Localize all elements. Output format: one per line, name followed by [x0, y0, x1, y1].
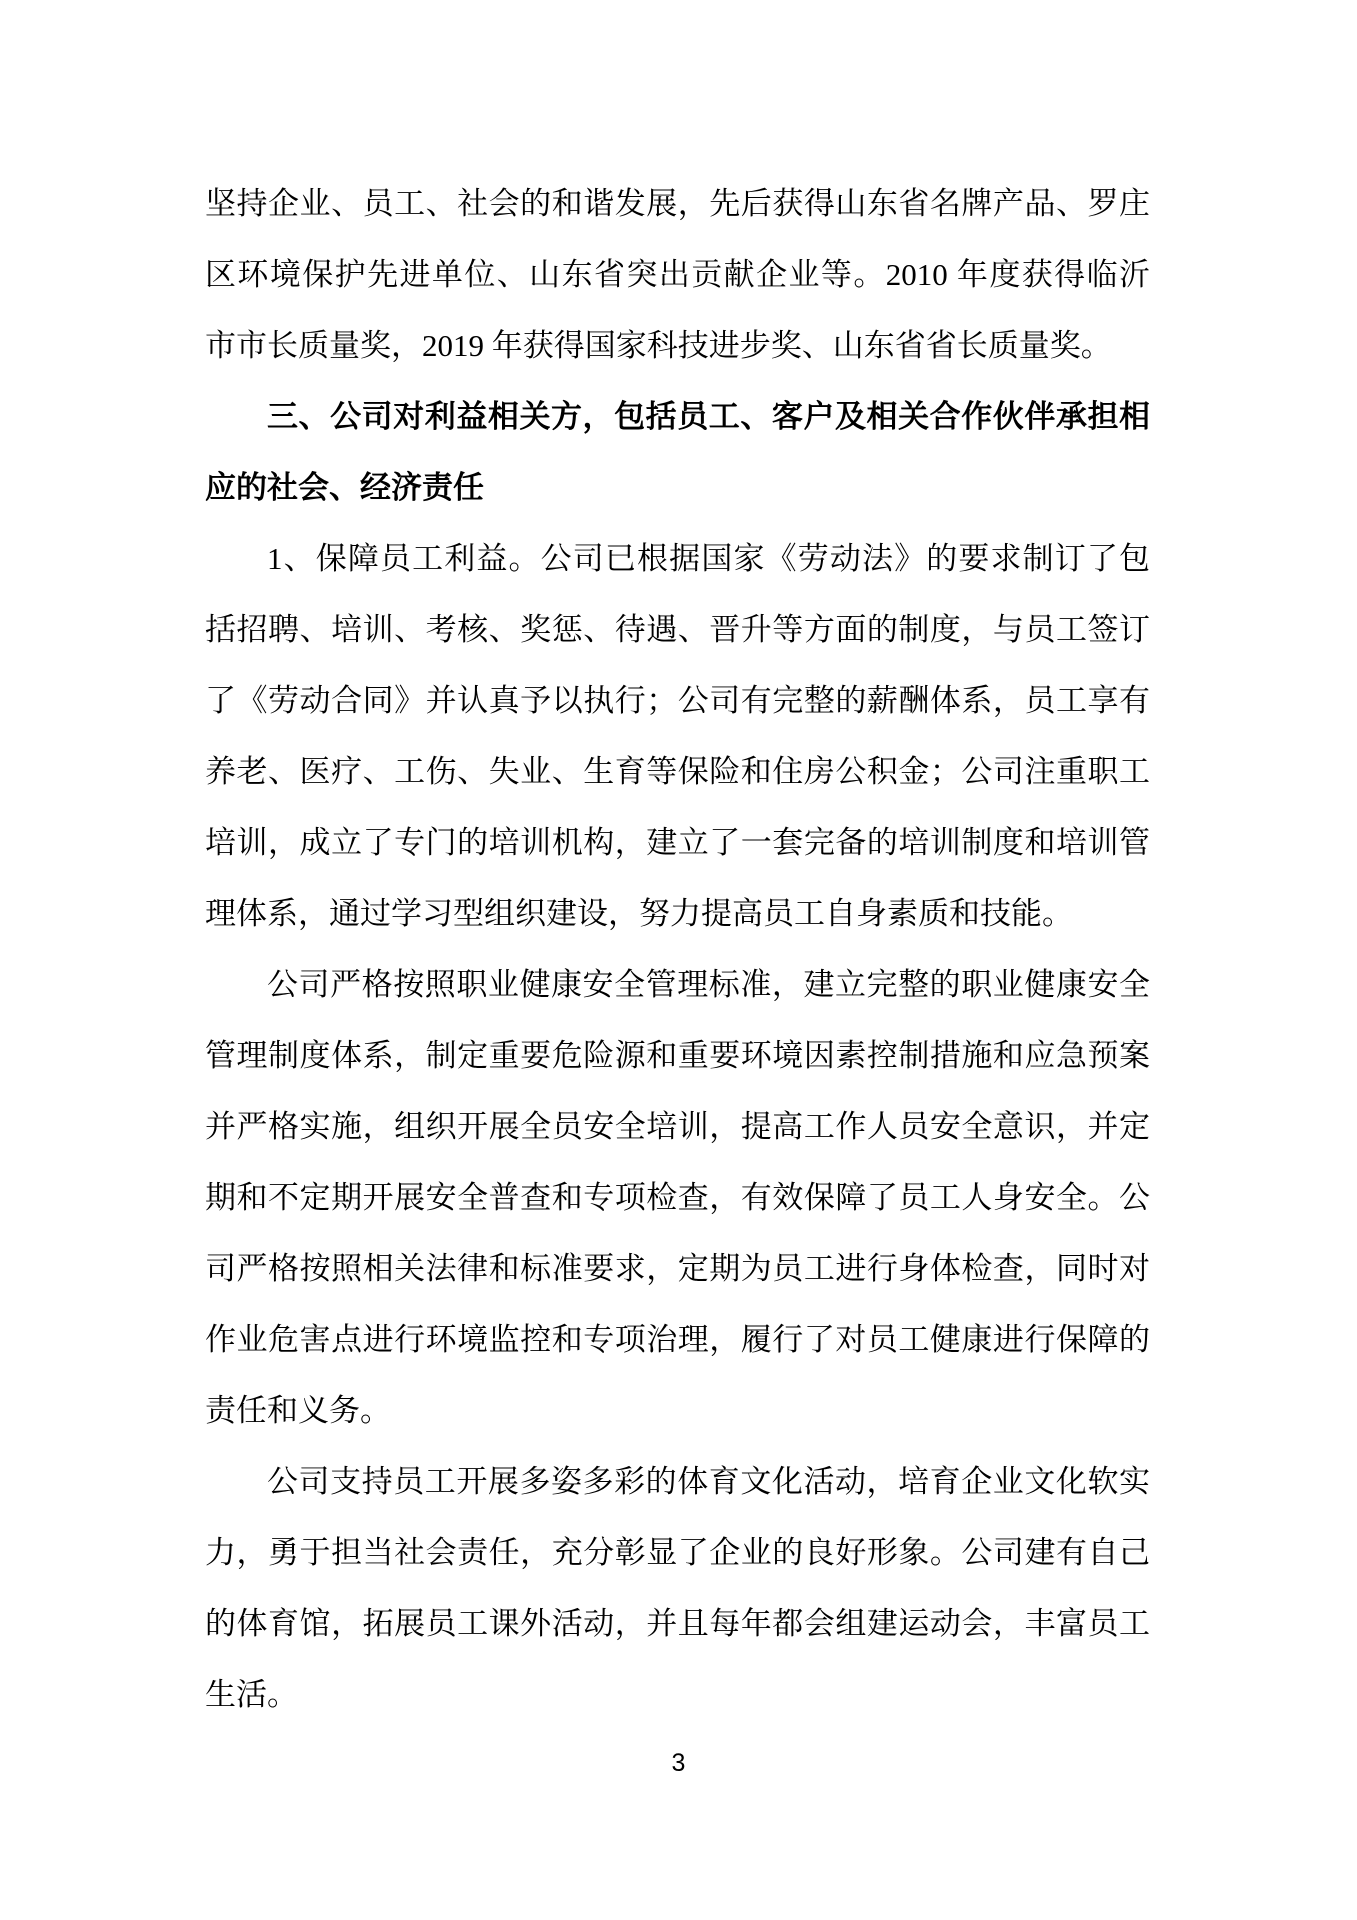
text-line: 公司支持员工开展多姿多彩的体育文化活动，培育企业文化软实	[205, 1446, 1150, 1517]
section-heading-line: 应的社会、经济责任	[205, 452, 1150, 523]
text-line: 并严格实施，组织开展全员安全培训，提高工作人员安全意识，并定	[205, 1091, 1150, 1162]
text-line: 管理制度体系，制定重要危险源和重要环境因素控制措施和应急预案	[205, 1020, 1150, 1091]
text-line: 责任和义务。	[205, 1375, 1150, 1446]
page-number: 3	[0, 1746, 1357, 1780]
text-line: 生活。	[205, 1659, 1150, 1730]
text-line: 作业危害点进行环境监控和专项治理，履行了对员工健康进行保障的	[205, 1304, 1150, 1375]
text-line: 理体系，通过学习型组织建设，努力提高员工自身素质和技能。	[205, 878, 1150, 949]
document-page: 坚持企业、员工、社会的和谐发展，先后获得山东省名牌产品、罗庄 区环境保护先进单位…	[0, 0, 1357, 1920]
text-line: 期和不定期开展安全普查和专项检查，有效保障了员工人身安全。公	[205, 1162, 1150, 1233]
text-line: 了《劳动合同》并认真予以执行；公司有完整的薪酬体系，员工享有	[205, 665, 1150, 736]
text-line: 的体育馆，拓展员工课外活动，并且每年都会组建运动会，丰富员工	[205, 1588, 1150, 1659]
text-line: 坚持企业、员工、社会的和谐发展，先后获得山东省名牌产品、罗庄	[205, 168, 1150, 239]
text-line: 公司严格按照职业健康安全管理标准，建立完整的职业健康安全	[205, 949, 1150, 1020]
text-line: 1、保障员工利益。公司已根据国家《劳动法》的要求制订了包	[205, 523, 1150, 594]
text-line: 养老、医疗、工伤、失业、生育等保险和住房公积金；公司注重职工	[205, 736, 1150, 807]
text-line: 力，勇于担当社会责任，充分彰显了企业的良好形象。公司建有自己	[205, 1517, 1150, 1588]
text-line: 区环境保护先进单位、山东省突出贡献企业等。2010 年度获得临沂	[205, 239, 1150, 310]
text-line: 市市长质量奖，2019 年获得国家科技进步奖、山东省省长质量奖。	[205, 310, 1150, 381]
document-body: 坚持企业、员工、社会的和谐发展，先后获得山东省名牌产品、罗庄 区环境保护先进单位…	[205, 168, 1150, 1730]
text-line: 司严格按照相关法律和标准要求，定期为员工进行身体检查，同时对	[205, 1233, 1150, 1304]
text-line: 括招聘、培训、考核、奖惩、待遇、晋升等方面的制度，与员工签订	[205, 594, 1150, 665]
text-line: 培训，成立了专门的培训机构，建立了一套完备的培训制度和培训管	[205, 807, 1150, 878]
section-heading-line: 三、公司对利益相关方，包括员工、客户及相关合作伙伴承担相	[205, 381, 1150, 452]
